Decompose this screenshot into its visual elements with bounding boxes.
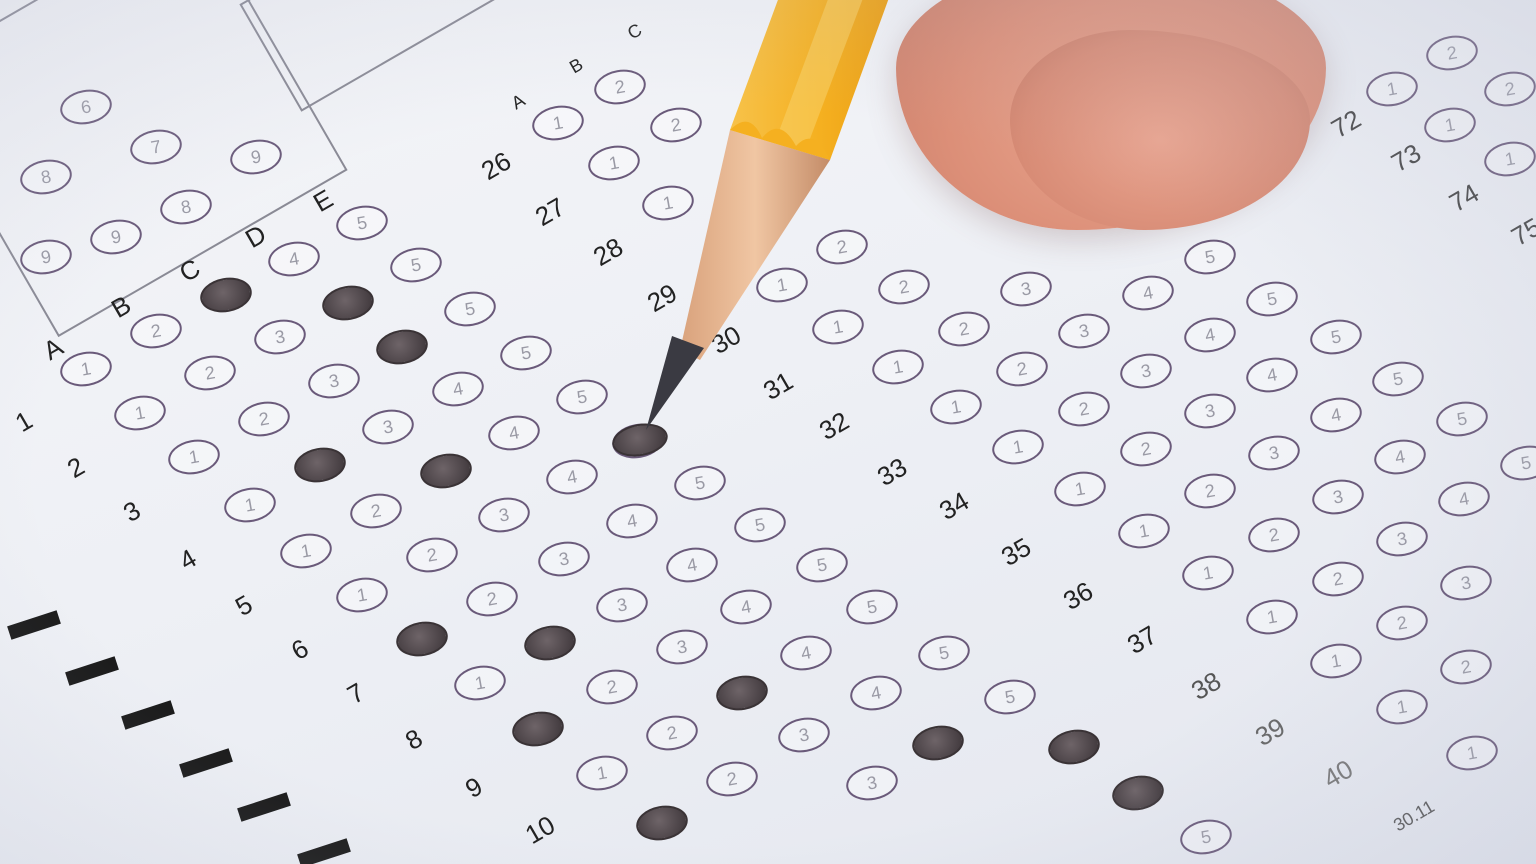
answer-bubble[interactable]: 3 (1373, 518, 1430, 561)
answer-bubble[interactable]: 5 (497, 332, 554, 375)
answer-bubble[interactable]: 3 (305, 360, 362, 403)
answer-bubble[interactable]: 4 (543, 456, 600, 499)
answer-bubble[interactable]: 4 (777, 632, 834, 675)
answer-bubble[interactable]: 4 (1181, 314, 1238, 357)
answer-bubble[interactable]: 5 (1497, 442, 1536, 485)
answer-bubble[interactable]: 1 (1243, 596, 1300, 639)
answer-bubble[interactable]: 4 (1371, 436, 1428, 479)
answer-bubble[interactable]: 3 (475, 494, 532, 537)
question-number: 38 (1186, 666, 1227, 707)
answer-bubble[interactable]: 2 (1181, 470, 1238, 513)
answer-bubble[interactable]: 1 (1307, 640, 1364, 683)
answer-bubble[interactable]: 5 (1181, 236, 1238, 279)
answer-bubble[interactable]: 4 (1435, 478, 1492, 521)
answer-bubble[interactable]: 2 (1481, 68, 1536, 111)
answer-bubble[interactable]: 4 (1243, 354, 1300, 397)
answer-bubble[interactable]: 1 (1051, 468, 1108, 511)
answer-bubble[interactable]: 1 (869, 346, 926, 389)
answer-bubble[interactable]: 5 (1433, 398, 1490, 441)
answer-bubble[interactable]: 5 (441, 288, 498, 331)
answer-bubble[interactable]: 5 (915, 632, 972, 675)
answer-bubble[interactable]: 1 (1363, 68, 1420, 111)
column-header: C (174, 253, 206, 289)
timing-mark (7, 610, 61, 639)
answer-bubble[interactable]: 2 (463, 578, 520, 621)
column-header: C (624, 20, 646, 45)
answer-bubble[interactable]: 5 (671, 462, 728, 505)
answer-bubble[interactable]: 2 (1117, 428, 1174, 471)
question-number: 6 (286, 633, 314, 667)
timing-mark (237, 792, 291, 821)
timing-mark (297, 838, 351, 864)
answer-bubble[interactable]: 1 (451, 662, 508, 705)
answer-bubble[interactable]: 3 (1437, 562, 1494, 605)
answer-bubble[interactable]: 2 (703, 758, 760, 801)
answer-bubble[interactable]: 1 (529, 102, 586, 145)
answer-bubble[interactable]: 3 (653, 626, 710, 669)
answer-bubble[interactable]: 2 (1309, 558, 1366, 601)
column-header: E (308, 183, 339, 219)
answer-bubble-filled[interactable] (633, 802, 690, 845)
question-number: 8 (400, 723, 428, 757)
question-number: 4 (174, 543, 202, 577)
answer-bubble-filled[interactable] (417, 450, 474, 493)
answer-bubble-filled[interactable] (319, 282, 376, 325)
timing-mark (65, 656, 119, 685)
answer-bubble[interactable]: 1 (989, 426, 1046, 469)
question-number: 10 (520, 810, 561, 851)
answer-bubble[interactable]: 4 (1307, 394, 1364, 437)
question-number: 35 (996, 532, 1037, 573)
question-number: 28 (588, 232, 629, 273)
answer-bubble[interactable]: 2 (403, 534, 460, 577)
timing-mark (121, 700, 175, 729)
answer-bubble-filled[interactable] (713, 672, 770, 715)
answer-bubble[interactable]: 2 (235, 398, 292, 441)
answer-bubble[interactable]: 4 (429, 368, 486, 411)
answer-bubble[interactable]: 3 (251, 316, 308, 359)
question-number: 29 (642, 278, 683, 319)
answer-bubble[interactable]: 1 (809, 306, 866, 349)
answer-bubble[interactable]: 3 (775, 714, 832, 757)
answer-bubble[interactable]: 2 (1245, 514, 1302, 557)
answer-bubble[interactable]: 2 (591, 66, 648, 109)
answer-bubble[interactable]: 4 (603, 500, 660, 543)
answer-bubble[interactable]: 4 (1119, 272, 1176, 315)
answer-bubble[interactable]: 3 (1055, 310, 1112, 353)
answer-bubble[interactable]: 3 (997, 268, 1054, 311)
answer-bubble[interactable]: 4 (717, 586, 774, 629)
answer-bubble-filled[interactable] (393, 618, 450, 661)
answer-bubble[interactable]: 1 (753, 264, 810, 307)
question-number: 31 (758, 366, 799, 407)
answer-bubble-filled[interactable] (197, 274, 254, 317)
answer-bubble-filled[interactable] (291, 444, 348, 487)
question-number: 36 (1058, 576, 1099, 617)
answer-bubble[interactable]: 4 (847, 672, 904, 715)
answer-bubble[interactable]: 3 (593, 584, 650, 627)
question-number: 3 (118, 495, 146, 529)
answer-bubble[interactable]: 2 (875, 266, 932, 309)
answer-bubble[interactable]: 2 (813, 226, 870, 269)
answer-bubble[interactable]: 1 (1115, 510, 1172, 553)
answer-bubble[interactable]: 5 (731, 504, 788, 547)
question-number: 5 (230, 589, 258, 623)
handwritten-mark: 30.11 (1390, 796, 1438, 836)
answer-bubble[interactable]: 2 (1373, 602, 1430, 645)
question-number: 9 (460, 771, 488, 805)
answer-bubble[interactable]: 1 (1481, 138, 1536, 181)
answer-bubble-filled[interactable] (1045, 726, 1102, 769)
answer-bubble[interactable]: 3 (1181, 390, 1238, 433)
answer-bubble[interactable]: 5 (387, 244, 444, 287)
answer-bubble[interactable]: 3 (359, 406, 416, 449)
answer-bubble[interactable]: 1 (1443, 732, 1500, 775)
answer-bubble[interactable]: 1 (639, 182, 696, 225)
answer-bubble[interactable]: 1 (111, 392, 168, 435)
answer-bubble[interactable]: 1 (165, 436, 222, 479)
answer-bubble[interactable]: 3 (1309, 476, 1366, 519)
answer-bubble[interactable]: 2 (1423, 32, 1480, 75)
question-number: 32 (814, 406, 855, 447)
answer-bubble[interactable]: 3 (843, 762, 900, 805)
column-header: D (240, 219, 272, 255)
question-number: 74 (1444, 178, 1485, 219)
answer-bubble-filled[interactable] (909, 722, 966, 765)
answer-bubble[interactable]: 2 (1437, 646, 1494, 689)
question-number: 40 (1318, 754, 1359, 795)
question-number: 75 (1506, 212, 1536, 253)
answer-bubble[interactable]: 1 (1373, 686, 1430, 729)
question-number: 73 (1386, 138, 1427, 179)
question-number: 2 (62, 451, 90, 485)
answer-bubble[interactable]: 5 (553, 376, 610, 419)
answer-bubble[interactable]: 1 (1179, 552, 1236, 595)
question-number: 30 (706, 320, 747, 361)
question-number: 26 (476, 146, 517, 187)
question-number: 7 (342, 677, 370, 711)
answer-bubble-filled[interactable] (1109, 772, 1166, 815)
answer-bubble[interactable]: 3 (1117, 350, 1174, 393)
answer-bubble[interactable]: 2 (181, 352, 238, 395)
answer-bubble[interactable]: 2 (993, 348, 1050, 391)
answer-bubble[interactable]: 5 (1177, 816, 1234, 859)
answer-bubble[interactable]: 2 (583, 666, 640, 709)
answer-bubble[interactable]: 4 (485, 412, 542, 455)
question-number: 72 (1326, 104, 1367, 145)
answer-bubble[interactable]: 2 (647, 104, 704, 147)
answer-bubble[interactable]: 1 (927, 386, 984, 429)
answer-bubble[interactable]: 5 (1369, 358, 1426, 401)
answer-bubble[interactable]: 1 (333, 574, 390, 617)
answer-bubble[interactable]: 5 (333, 202, 390, 245)
answer-bubble[interactable]: 4 (663, 544, 720, 587)
answer-bubble[interactable]: 2 (1055, 388, 1112, 431)
column-header: A (508, 90, 529, 114)
answer-bubble[interactable]: 1 (1421, 104, 1478, 147)
question-number: 37 (1122, 620, 1163, 661)
answer-bubble[interactable]: 2 (347, 490, 404, 533)
answer-bubble[interactable]: 4 (265, 238, 322, 281)
answer-bubble[interactable]: 1 (277, 530, 334, 573)
answer-bubble[interactable]: 2 (935, 308, 992, 351)
column-header: B (566, 54, 587, 78)
answer-bubble[interactable]: 5 (1243, 278, 1300, 321)
answer-bubble[interactable]: 3 (1245, 432, 1302, 475)
answer-bubble[interactable]: 5 (793, 544, 850, 587)
answer-bubble[interactable]: 1 (573, 752, 630, 795)
question-number: 39 (1250, 712, 1291, 753)
timing-mark (179, 748, 233, 777)
question-number: 34 (934, 486, 975, 527)
answer-bubble[interactable]: 5 (981, 676, 1038, 719)
answer-bubble[interactable]: 1 (221, 484, 278, 527)
answer-bubble[interactable]: 2 (643, 712, 700, 755)
answer-bubble[interactable]: 5 (843, 586, 900, 629)
question-number: 33 (872, 452, 913, 493)
answer-bubble-filled[interactable] (373, 326, 430, 369)
answer-bubble-filled[interactable] (521, 622, 578, 665)
question-number: 1 (10, 405, 38, 439)
question-number: 27 (530, 192, 571, 233)
answer-bubble-filled[interactable] (509, 708, 566, 751)
answer-bubble[interactable]: 3 (535, 538, 592, 581)
answer-bubble[interactable]: 1 (585, 142, 642, 185)
answer-bubble[interactable]: 5 (1307, 316, 1364, 359)
